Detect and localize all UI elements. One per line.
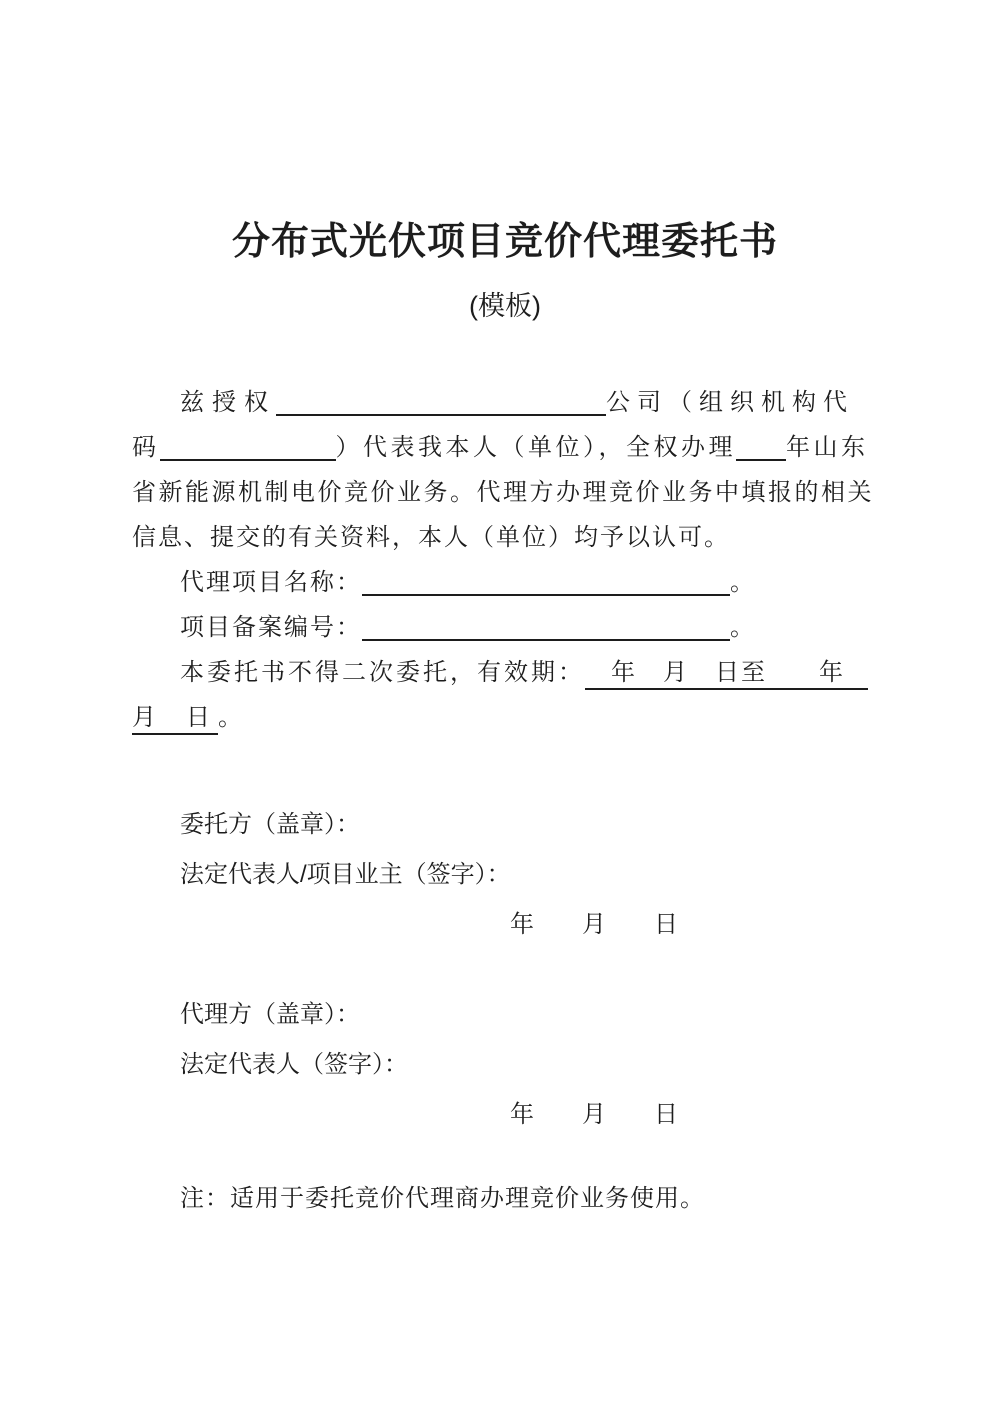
paragraph-line-1: 兹授权公司（组织机构代 bbox=[132, 380, 878, 425]
validity-label: 本委托书不得二次委托，有效期： bbox=[180, 659, 585, 686]
agent-date-placeholder: 年 月 日 bbox=[132, 1090, 878, 1140]
paragraph-line-3: 省新能源机制电价竞价业务。代理方办理竞价业务中填报的相关 bbox=[132, 470, 878, 515]
agent-seal-label: 代理方（盖章）： bbox=[132, 990, 878, 1040]
client-signature-block: 委托方（盖章）： 法定代表人/项目业主（签字）： 年 月 日 bbox=[132, 800, 878, 950]
document-subtitle: (模板) bbox=[132, 290, 878, 322]
org-code-blank bbox=[160, 451, 336, 461]
validity-end-date-blank: 月 日 bbox=[132, 703, 218, 735]
authorize-prefix-text: 兹授权 bbox=[180, 389, 276, 416]
record-number-blank bbox=[362, 631, 730, 641]
validity-line-1: 本委托书不得二次委托，有效期： 年 月 日至 年 bbox=[132, 650, 878, 695]
record-number-fullstop: 。 bbox=[730, 614, 754, 641]
validity-start-end-blank: 年 月 日至 年 bbox=[585, 658, 868, 690]
company-name-blank bbox=[276, 406, 606, 416]
agent-sign-label: 法定代表人（签字）： bbox=[132, 1040, 878, 1090]
company-label-text: 公司（组织机构代 bbox=[606, 389, 854, 416]
record-number-label: 项目备案编号： bbox=[180, 614, 362, 641]
represent-text: ）代表我本人（单位），全权办理 bbox=[336, 434, 737, 461]
project-name-line: 代理项目名称：。 bbox=[132, 560, 878, 605]
document-page: 分布式光伏项目竞价代理委托书 (模板) 兹授权公司（组织机构代 码）代表我本人（… bbox=[0, 0, 1000, 1413]
authorization-body: 兹授权公司（组织机构代 码）代表我本人（单位），全权办理年山东 省新能源机制电价… bbox=[132, 380, 878, 740]
org-code-label-text: 码 bbox=[132, 434, 160, 461]
usage-note: 注：适用于委托竞价代理商办理竞价业务使用。 bbox=[132, 1176, 878, 1221]
document-title: 分布式光伏项目竞价代理委托书 bbox=[132, 218, 878, 266]
agent-signature-block: 代理方（盖章）： 法定代表人（签字）： 年 月 日 bbox=[132, 990, 878, 1140]
project-name-label: 代理项目名称： bbox=[180, 569, 362, 596]
province-prefix-text: 年山东 bbox=[786, 434, 869, 461]
project-name-blank bbox=[362, 586, 730, 596]
client-date-placeholder: 年 月 日 bbox=[132, 900, 878, 950]
validity-fullstop: 。 bbox=[218, 704, 242, 731]
paragraph-line-4: 信息、提交的有关资料，本人（单位）均予以认可。 bbox=[132, 515, 878, 560]
client-sign-label: 法定代表人/项目业主（签字）： bbox=[132, 850, 878, 900]
year-blank bbox=[736, 451, 786, 461]
client-seal-label: 委托方（盖章）： bbox=[132, 800, 878, 850]
paragraph-line-2: 码）代表我本人（单位），全权办理年山东 bbox=[132, 425, 878, 470]
validity-line-2: 月 日。 bbox=[132, 695, 878, 740]
project-name-fullstop: 。 bbox=[730, 569, 754, 596]
record-number-line: 项目备案编号：。 bbox=[132, 605, 878, 650]
